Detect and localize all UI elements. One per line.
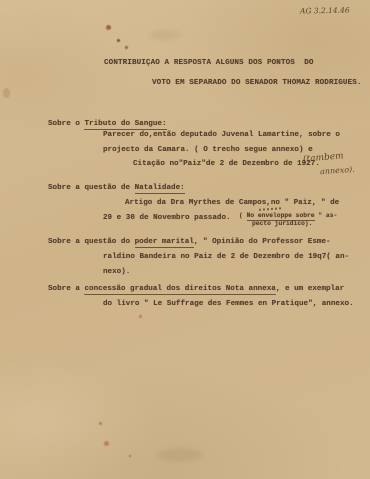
section-heading-natalidade: Sobre a questão de Natalidade: <box>48 184 185 193</box>
foxing-spot <box>139 315 142 318</box>
foxing-spot <box>125 46 128 49</box>
document-title-line-1: CONTRIBUIÇAO A RESPOSTA ALGUNS DOS PONTO… <box>104 59 314 68</box>
smudge-mark <box>158 448 202 462</box>
body-line: do livro " Le Suffrage des Femmes en Pra… <box>103 300 354 309</box>
foxing-spot <box>106 25 111 30</box>
note-rest: " as- <box>315 212 338 219</box>
section-heading-poder-marital: Sobre a questão do poder marital, " Opin… <box>48 238 331 247</box>
body-line: raldino Bandeira no Paiz de 2 de Dezembr… <box>103 253 349 262</box>
body-line: Citação no"Paiz"de 2 de Dezembro de 1927… <box>133 160 320 169</box>
section-heading-tributo-do-sangue: Sobre o Tributo do Sangue: <box>48 120 167 129</box>
foxing-spot <box>99 422 102 425</box>
foxing-spot <box>129 455 131 457</box>
heading-prefix: Sobre a questão de <box>48 184 135 192</box>
heading-underlined-text: Natalidade: <box>135 184 185 194</box>
section-heading-concessao-gradual: Sobre a concessão gradual dos direitos N… <box>48 285 344 294</box>
foxing-spot <box>3 88 10 98</box>
foxing-spot <box>104 441 109 446</box>
heading-prefix: Sobre o <box>48 120 84 128</box>
heading-underlined-text: Tributo do Sangue: <box>84 120 166 130</box>
heading-suffix: , " Opinião do Professor Esme- <box>194 238 331 246</box>
typed-margin-note-line-2: pecto jurídico). <box>252 220 312 228</box>
heading-prefix: Sobre a questão do <box>48 238 135 246</box>
foxing-spot <box>117 39 120 42</box>
heading-suffix: , e um exemplar <box>276 285 344 293</box>
heading-prefix: Sobre a <box>48 285 84 293</box>
body-line: projecto da Camara. ( O trecho segue ann… <box>103 146 313 155</box>
scanned-typewritten-page: AG 3.2.14.46 CONTRIBUIÇAO A RESPOSTA ALG… <box>0 0 370 479</box>
scribble-mark <box>259 207 283 211</box>
handwritten-annotation-line-2: annexo). <box>320 165 355 176</box>
note-open: ( <box>239 212 247 219</box>
document-title-line-2: VOTO EM SEPARADO DO SENADOR THOMAZ RODRI… <box>152 79 362 88</box>
archive-reference: AG 3.2.14.46 <box>300 6 350 16</box>
typed-margin-note-line-1: ( No enveloppe sobre " as- <box>239 212 337 220</box>
heading-underlined-text: poder marital <box>135 238 194 248</box>
smudge-mark <box>150 30 180 40</box>
handwritten-annotation-line-1: (tambem <box>303 151 344 165</box>
body-line: 29 e 30 de Novembro passado. <box>103 214 231 223</box>
body-line: Parecer do,então deputado Juvenal Lamart… <box>103 131 340 140</box>
body-line: nexo). <box>103 268 130 277</box>
body-line: Artigo da Dra Myrthes de Campos,no " Pai… <box>125 199 339 208</box>
heading-underlined-text: concessão gradual dos direitos Nota anne… <box>84 285 275 295</box>
